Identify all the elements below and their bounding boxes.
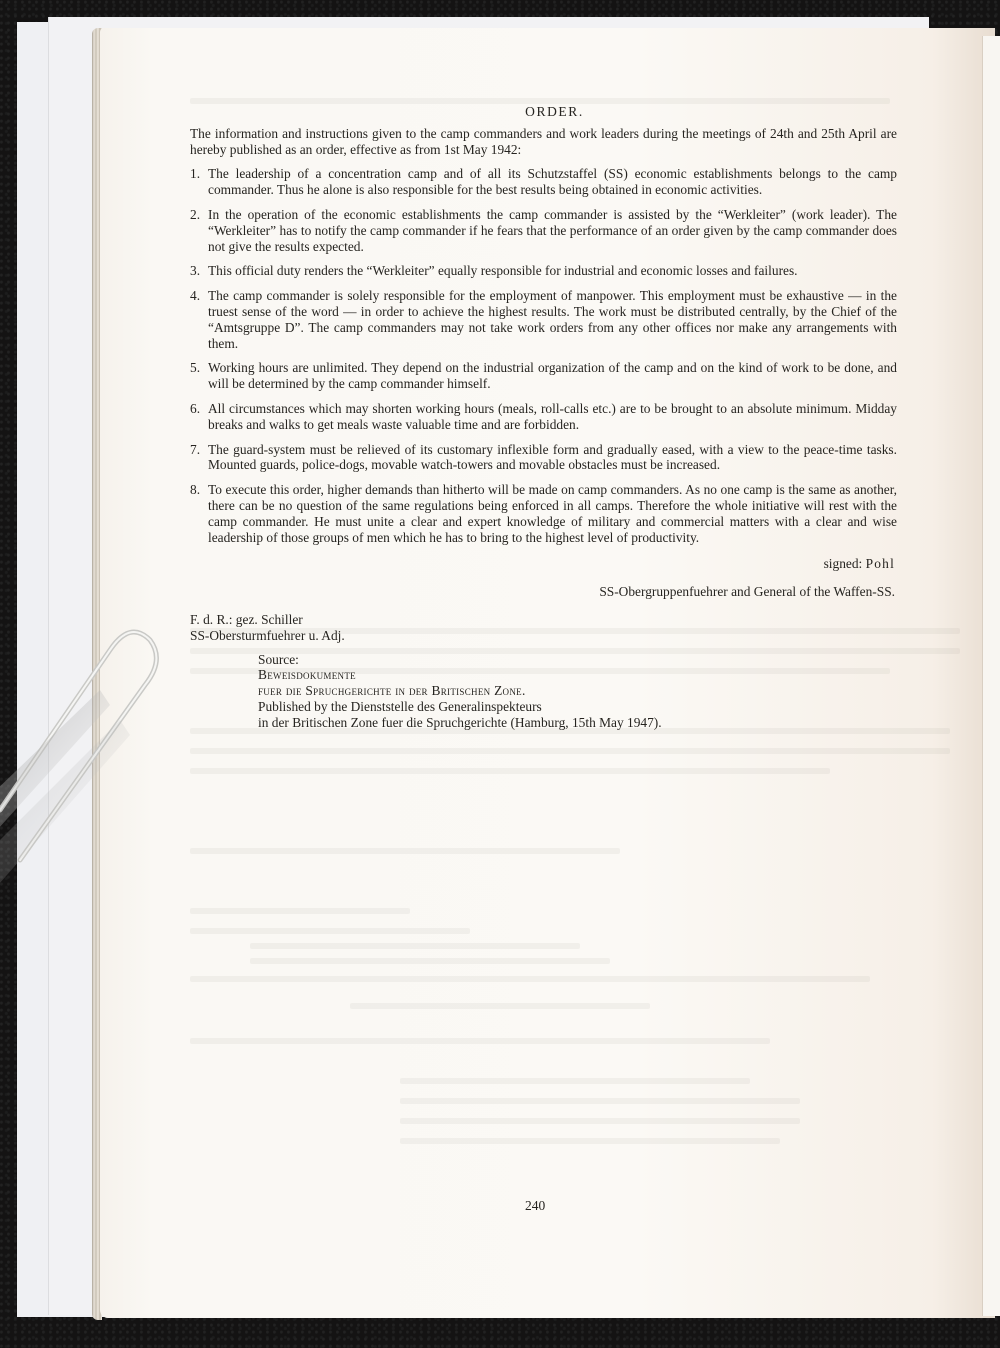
signed-label: signed: xyxy=(824,556,863,571)
source-block: Source: Beweisdokumente fuer die Spruchg… xyxy=(258,652,897,731)
source-publisher-line2: in der Britischen Zone fuer die Spruchge… xyxy=(258,715,897,731)
countersign-rank: SS-Obersturmfuehrer u. Adj. xyxy=(190,628,897,644)
item-text: This official duty renders the “Werkleit… xyxy=(208,263,798,278)
item-text: The guard-system must be relieved of its… xyxy=(208,442,897,473)
list-item: 4. The camp commander is solely responsi… xyxy=(190,288,897,351)
intro-paragraph: The information and instructions given t… xyxy=(190,126,897,158)
item-number: 8. xyxy=(190,482,200,498)
countersign-line: F. d. R.: gez. Schiller xyxy=(190,612,897,628)
next-page-edge xyxy=(982,36,1000,1316)
list-item: 5. Working hours are unlimited. They dep… xyxy=(190,360,897,392)
document-body: ORDER. The information and instructions … xyxy=(190,100,897,731)
order-list: 1. The leadership of a concentration cam… xyxy=(190,166,897,545)
page-number: 240 xyxy=(525,1198,545,1214)
item-number: 3. xyxy=(190,263,200,279)
list-item: 8. To execute this order, higher demands… xyxy=(190,482,897,545)
signed-line: signed: Pohl xyxy=(190,556,895,572)
item-text: The camp commander is solely responsible… xyxy=(208,288,897,350)
item-number: 7. xyxy=(190,442,200,458)
source-publisher-line1: Published by the Dienststelle des Genera… xyxy=(258,699,897,715)
item-text: The leadership of a concentration camp a… xyxy=(208,166,897,197)
signed-name: Pohl xyxy=(866,556,895,571)
item-text: To execute this order, higher demands th… xyxy=(208,482,897,544)
list-item: 2. In the operation of the economic esta… xyxy=(190,207,897,254)
list-item: 7. The guard-system must be relieved of … xyxy=(190,442,897,474)
item-text: All circumstances which may shorten work… xyxy=(208,401,897,432)
source-title-line2: fuer die Spruchgerichte in der Britische… xyxy=(258,683,897,699)
document-title: ORDER. xyxy=(190,104,897,120)
item-text: Working hours are unlimited. They depend… xyxy=(208,360,897,391)
list-item: 1. The leadership of a concentration cam… xyxy=(190,166,897,198)
signature-block: signed: Pohl SS-Obergruppenfuehrer and G… xyxy=(190,556,897,600)
source-label: Source: xyxy=(258,652,897,668)
item-text: In the operation of the economic establi… xyxy=(208,207,897,254)
item-number: 6. xyxy=(190,401,200,417)
item-number: 1. xyxy=(190,166,200,182)
signer-rank: SS-Obergruppenfuehrer and General of the… xyxy=(190,584,895,600)
item-number: 2. xyxy=(190,207,200,223)
list-item: 6. All circumstances which may shorten w… xyxy=(190,401,897,433)
item-number: 5. xyxy=(190,360,200,376)
list-item: 3. This official duty renders the “Werkl… xyxy=(190,263,897,279)
item-number: 4. xyxy=(190,288,200,304)
countersign-block: F. d. R.: gez. Schiller SS-Obersturmfueh… xyxy=(190,612,897,644)
source-title-line1: Beweisdokumente xyxy=(258,667,897,683)
